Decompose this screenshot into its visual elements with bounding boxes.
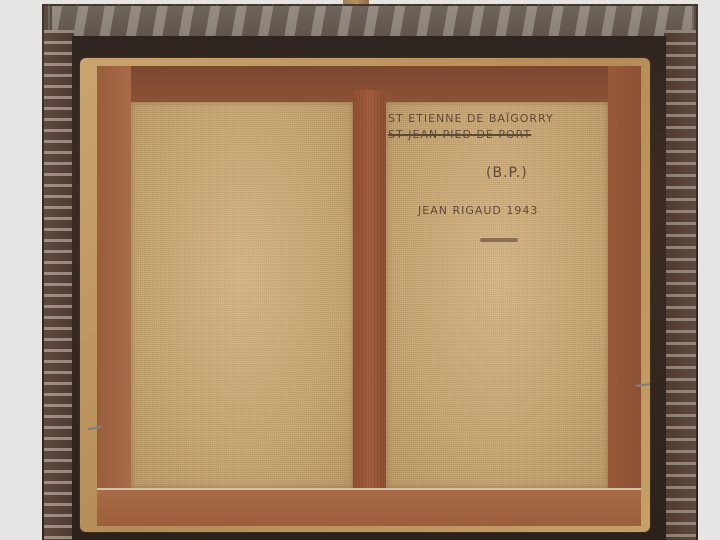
stretcher-bottom-bar — [97, 488, 641, 526]
frame-left-edge — [44, 30, 74, 540]
inscription-region: (B.P.) — [486, 165, 528, 181]
stretcher-center-bar — [353, 90, 386, 490]
inscription-artist-date: Jean Rigaud 1943 — [418, 204, 538, 217]
inscription-place: St Etienne de Baïgorry — [388, 112, 554, 125]
canvas-panel-left — [131, 102, 353, 488]
frame-top-edge — [52, 6, 692, 38]
canvas-panel-right — [386, 102, 608, 488]
frame-right-edge — [664, 30, 696, 540]
inscription-underline — [480, 238, 518, 242]
stretcher-right-bar — [608, 66, 641, 524]
inscription-place-struck: St Jean Pied de Port — [388, 128, 531, 141]
stretcher-left-bar — [97, 66, 131, 524]
